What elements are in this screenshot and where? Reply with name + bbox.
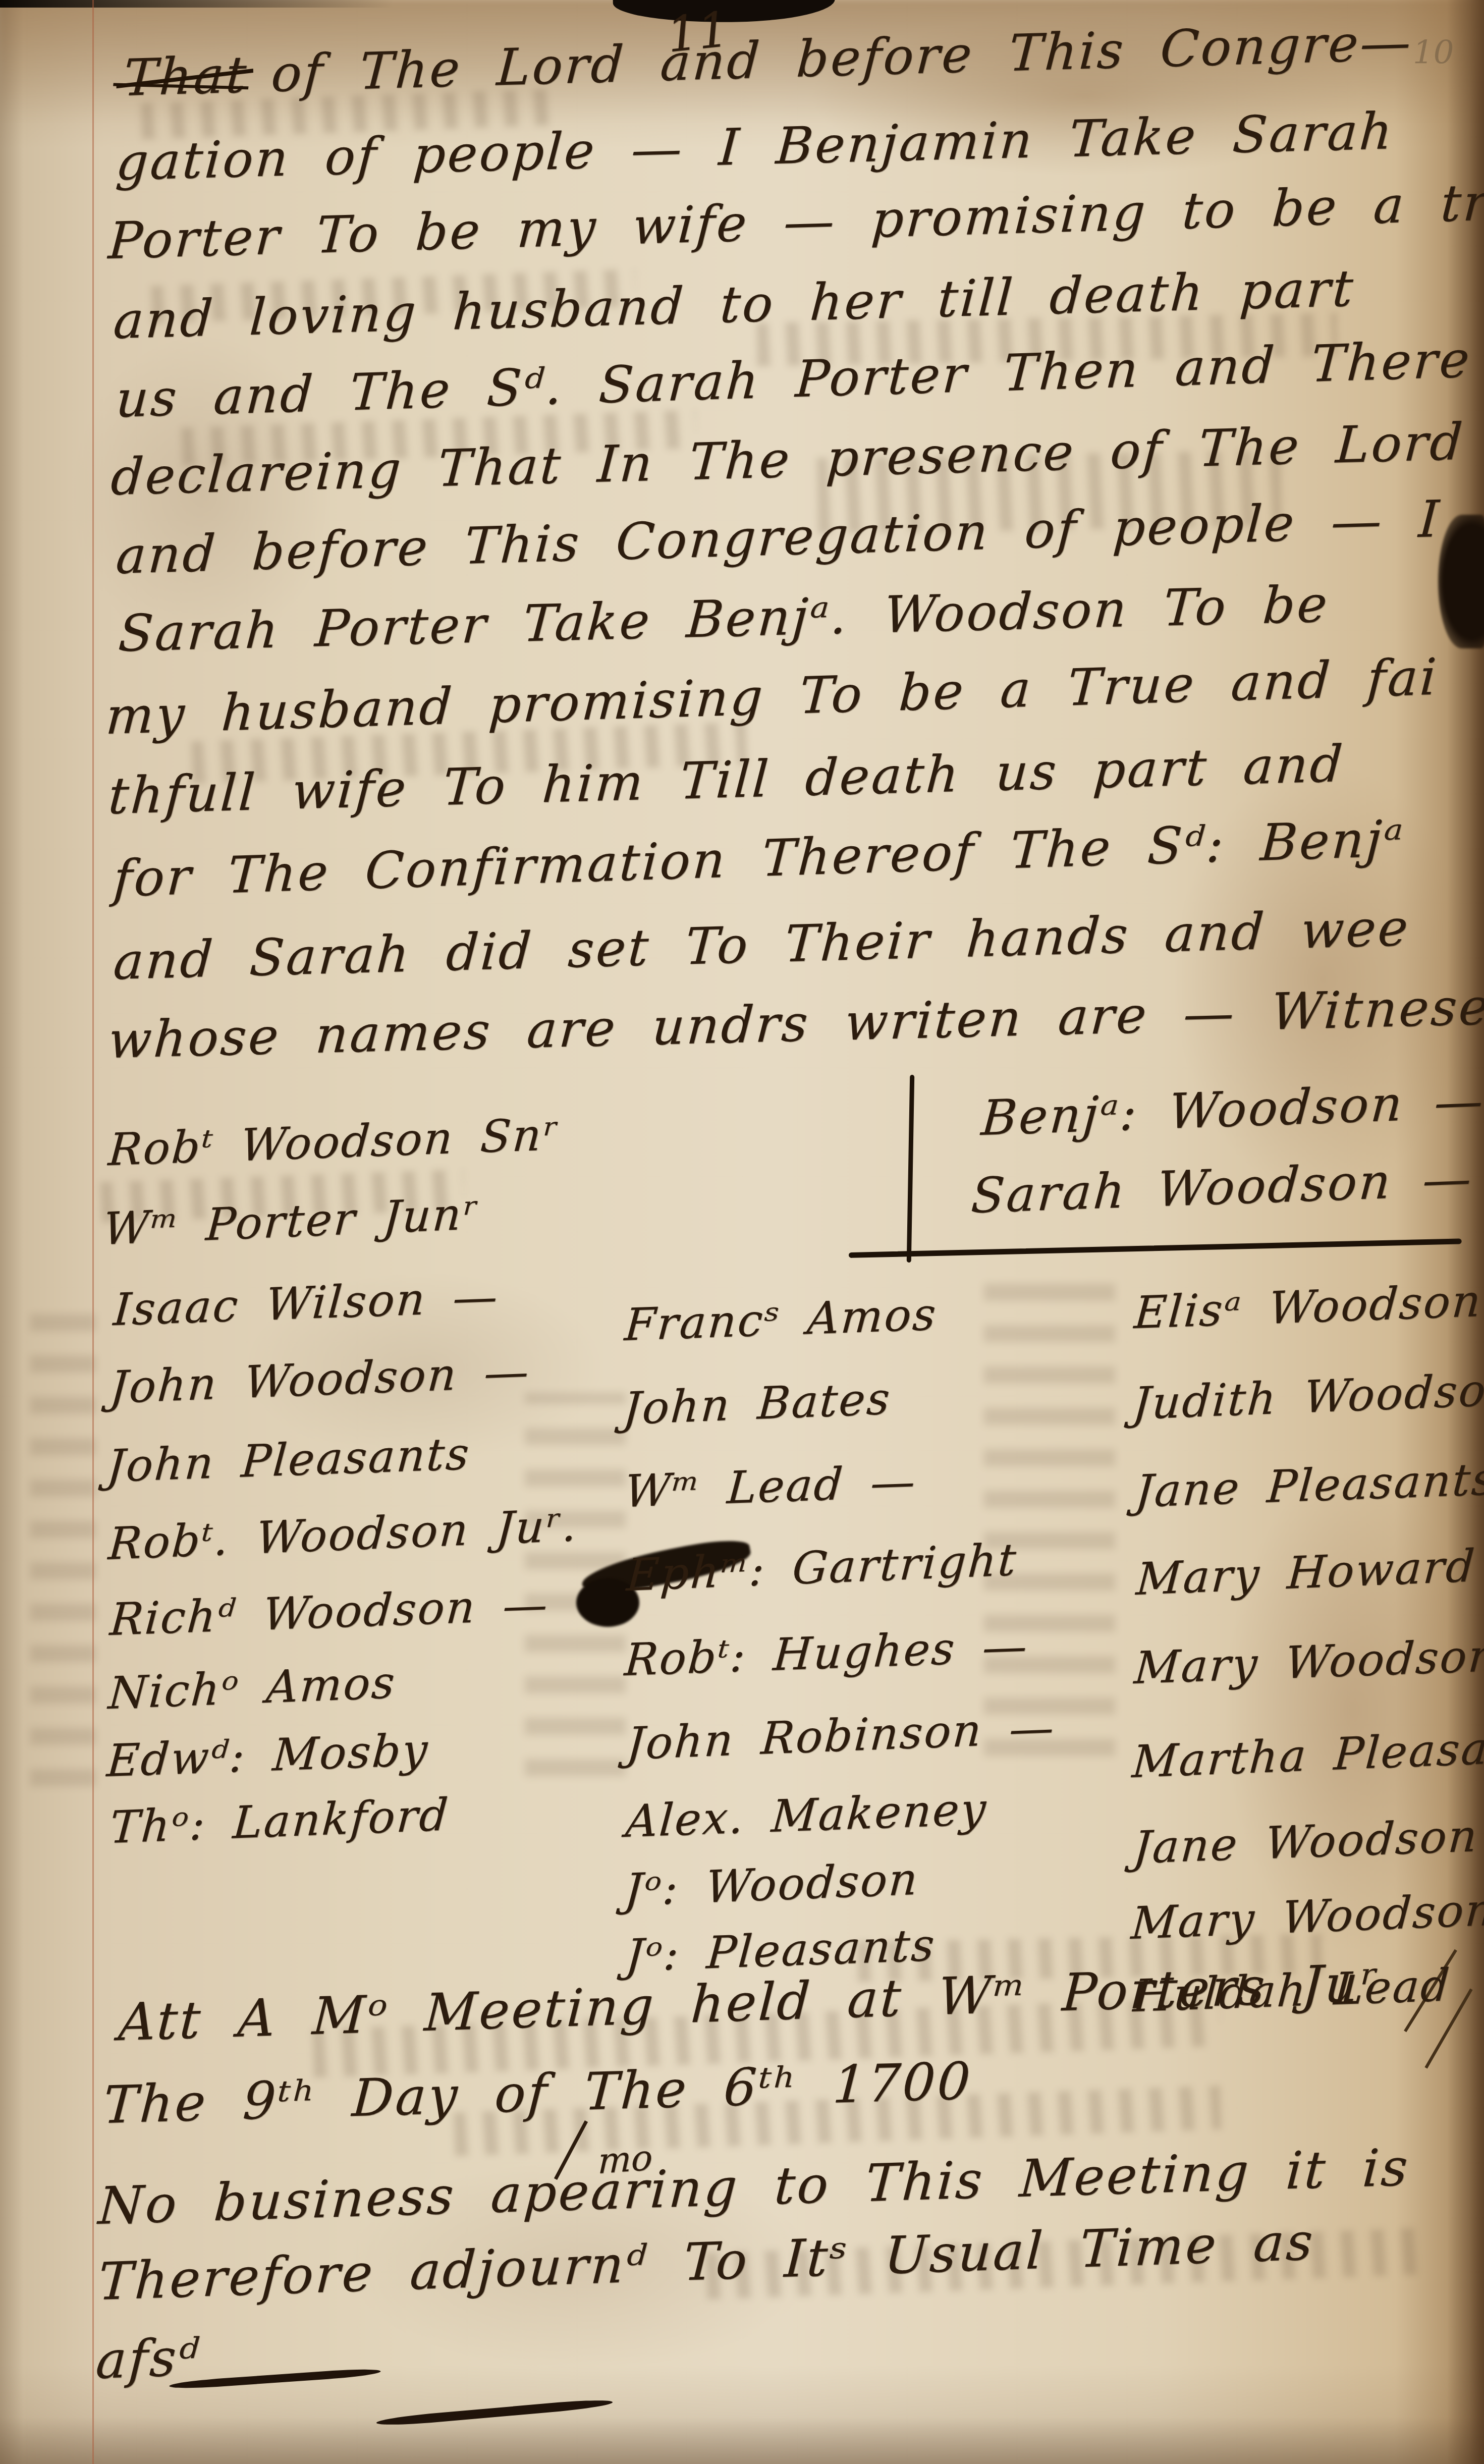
witness-name: Thᵒ: Lankford [108, 1792, 451, 1850]
record-line: for The Confirmation Thereof The Sᵈ: Ben… [112, 813, 1406, 904]
witness-name: Edwᵈ: Mosby [105, 1728, 430, 1784]
page-left-edge-shadow [0, 0, 23, 2464]
flourish-dash [376, 2398, 613, 2428]
top-edge-dark-strip [0, 0, 394, 8]
witness-name: Isaac Wilson — [112, 1274, 501, 1332]
bleed-through-ghost [30, 1302, 96, 1786]
witness-name: Mary Woodson Juʳ [1130, 1884, 1484, 1946]
meeting-line: The 9ᵗʰ Day of The 6ᵗʰ 1700 [102, 2056, 973, 2131]
witness-name: John Robinson — [625, 1705, 1057, 1766]
witness-name: Elisᵃ Woodson [1133, 1279, 1483, 1335]
meeting-line: afsᵈ [94, 2332, 202, 2387]
witness-name: Judith Woodson [1131, 1367, 1484, 1427]
witness-name: Richᵈ Woodson — [108, 1582, 551, 1642]
groom-signature: Benjᵃ: Woodson — [980, 1076, 1484, 1142]
bleed-through-ghost [984, 1282, 1115, 1756]
witness-name: Mary Howard [1135, 1544, 1477, 1602]
record-line: and loving husband to her till death par… [112, 263, 1356, 346]
record-line: and before This Congregation of people —… [115, 494, 1442, 582]
witness-name: John Bates [622, 1376, 893, 1431]
corner-pencil-number: 10 [1413, 34, 1454, 72]
witness-name: John Pleasants [105, 1432, 472, 1489]
record-line: Thatof The Lord and before This Congre— [122, 17, 1414, 104]
witness-name: Francˢ Amos [623, 1292, 939, 1347]
witness-name: Ephᵐ: Gartright [625, 1538, 1019, 1598]
signature-bracket-vertical [907, 1075, 914, 1263]
flourish-dash [169, 2367, 381, 2390]
record-line-text: of The Lord and before This Congre— [269, 13, 1414, 103]
record-line: gation of people — I Benjamin Take Sarah [115, 106, 1396, 188]
witness-name: Nichᵒ Amos [107, 1660, 398, 1716]
witness-name: Mary Woodson — [1133, 1631, 1484, 1690]
witness-name: Jᵒ: Woodson [623, 1856, 920, 1912]
witness-name: Robᵗ. Woodson Juʳ. [107, 1503, 579, 1566]
record-line: Porter To be my wife — promising to be a… [107, 176, 1484, 266]
witness-name: Jane Woodson — [1132, 1811, 1484, 1870]
witness-name: Wᵐ Lead — [623, 1459, 918, 1514]
right-edge-ink-blot [1438, 515, 1484, 648]
stain [0, 2417, 1484, 2464]
record-line: whose names are undrs writen are — Witne… [107, 981, 1484, 1066]
witness-name: Robᵗ Woodson Snʳ [107, 1112, 561, 1172]
manuscript-page: 11 10 Thatof The Lord and before This Co… [0, 0, 1484, 2464]
witness-name: Martha Pleasants [1131, 1723, 1484, 1784]
signature-bracket-horizontal [849, 1238, 1462, 1258]
bride-signature: Sarah Woodson — [970, 1154, 1475, 1220]
record-line: declareing That In The presence of The L… [109, 417, 1466, 503]
witness-name: John Woodson — [108, 1349, 531, 1410]
margin-rule-line [92, 0, 94, 2464]
witness-name: Wᵐ Porter Junʳ [102, 1191, 481, 1252]
witness-name: Jane Pleasants [1134, 1457, 1484, 1514]
record-line: thfull wife To him Till death us part an… [107, 739, 1346, 822]
struck-word: That [122, 49, 250, 103]
record-line: my husband promising To be a True and fa… [104, 652, 1440, 742]
witness-name: Alex. Makeney [624, 1787, 989, 1844]
record-line: and Sarah did set To Their hands and wee [112, 903, 1411, 987]
record-line: us and The Sᵈ. Sarah Porter Then and The… [115, 334, 1473, 425]
witness-name: Robᵗ: Hughes — [623, 1624, 1030, 1682]
record-line: Sarah Porter Take Benjᵃ. Woodson To be [117, 579, 1331, 659]
